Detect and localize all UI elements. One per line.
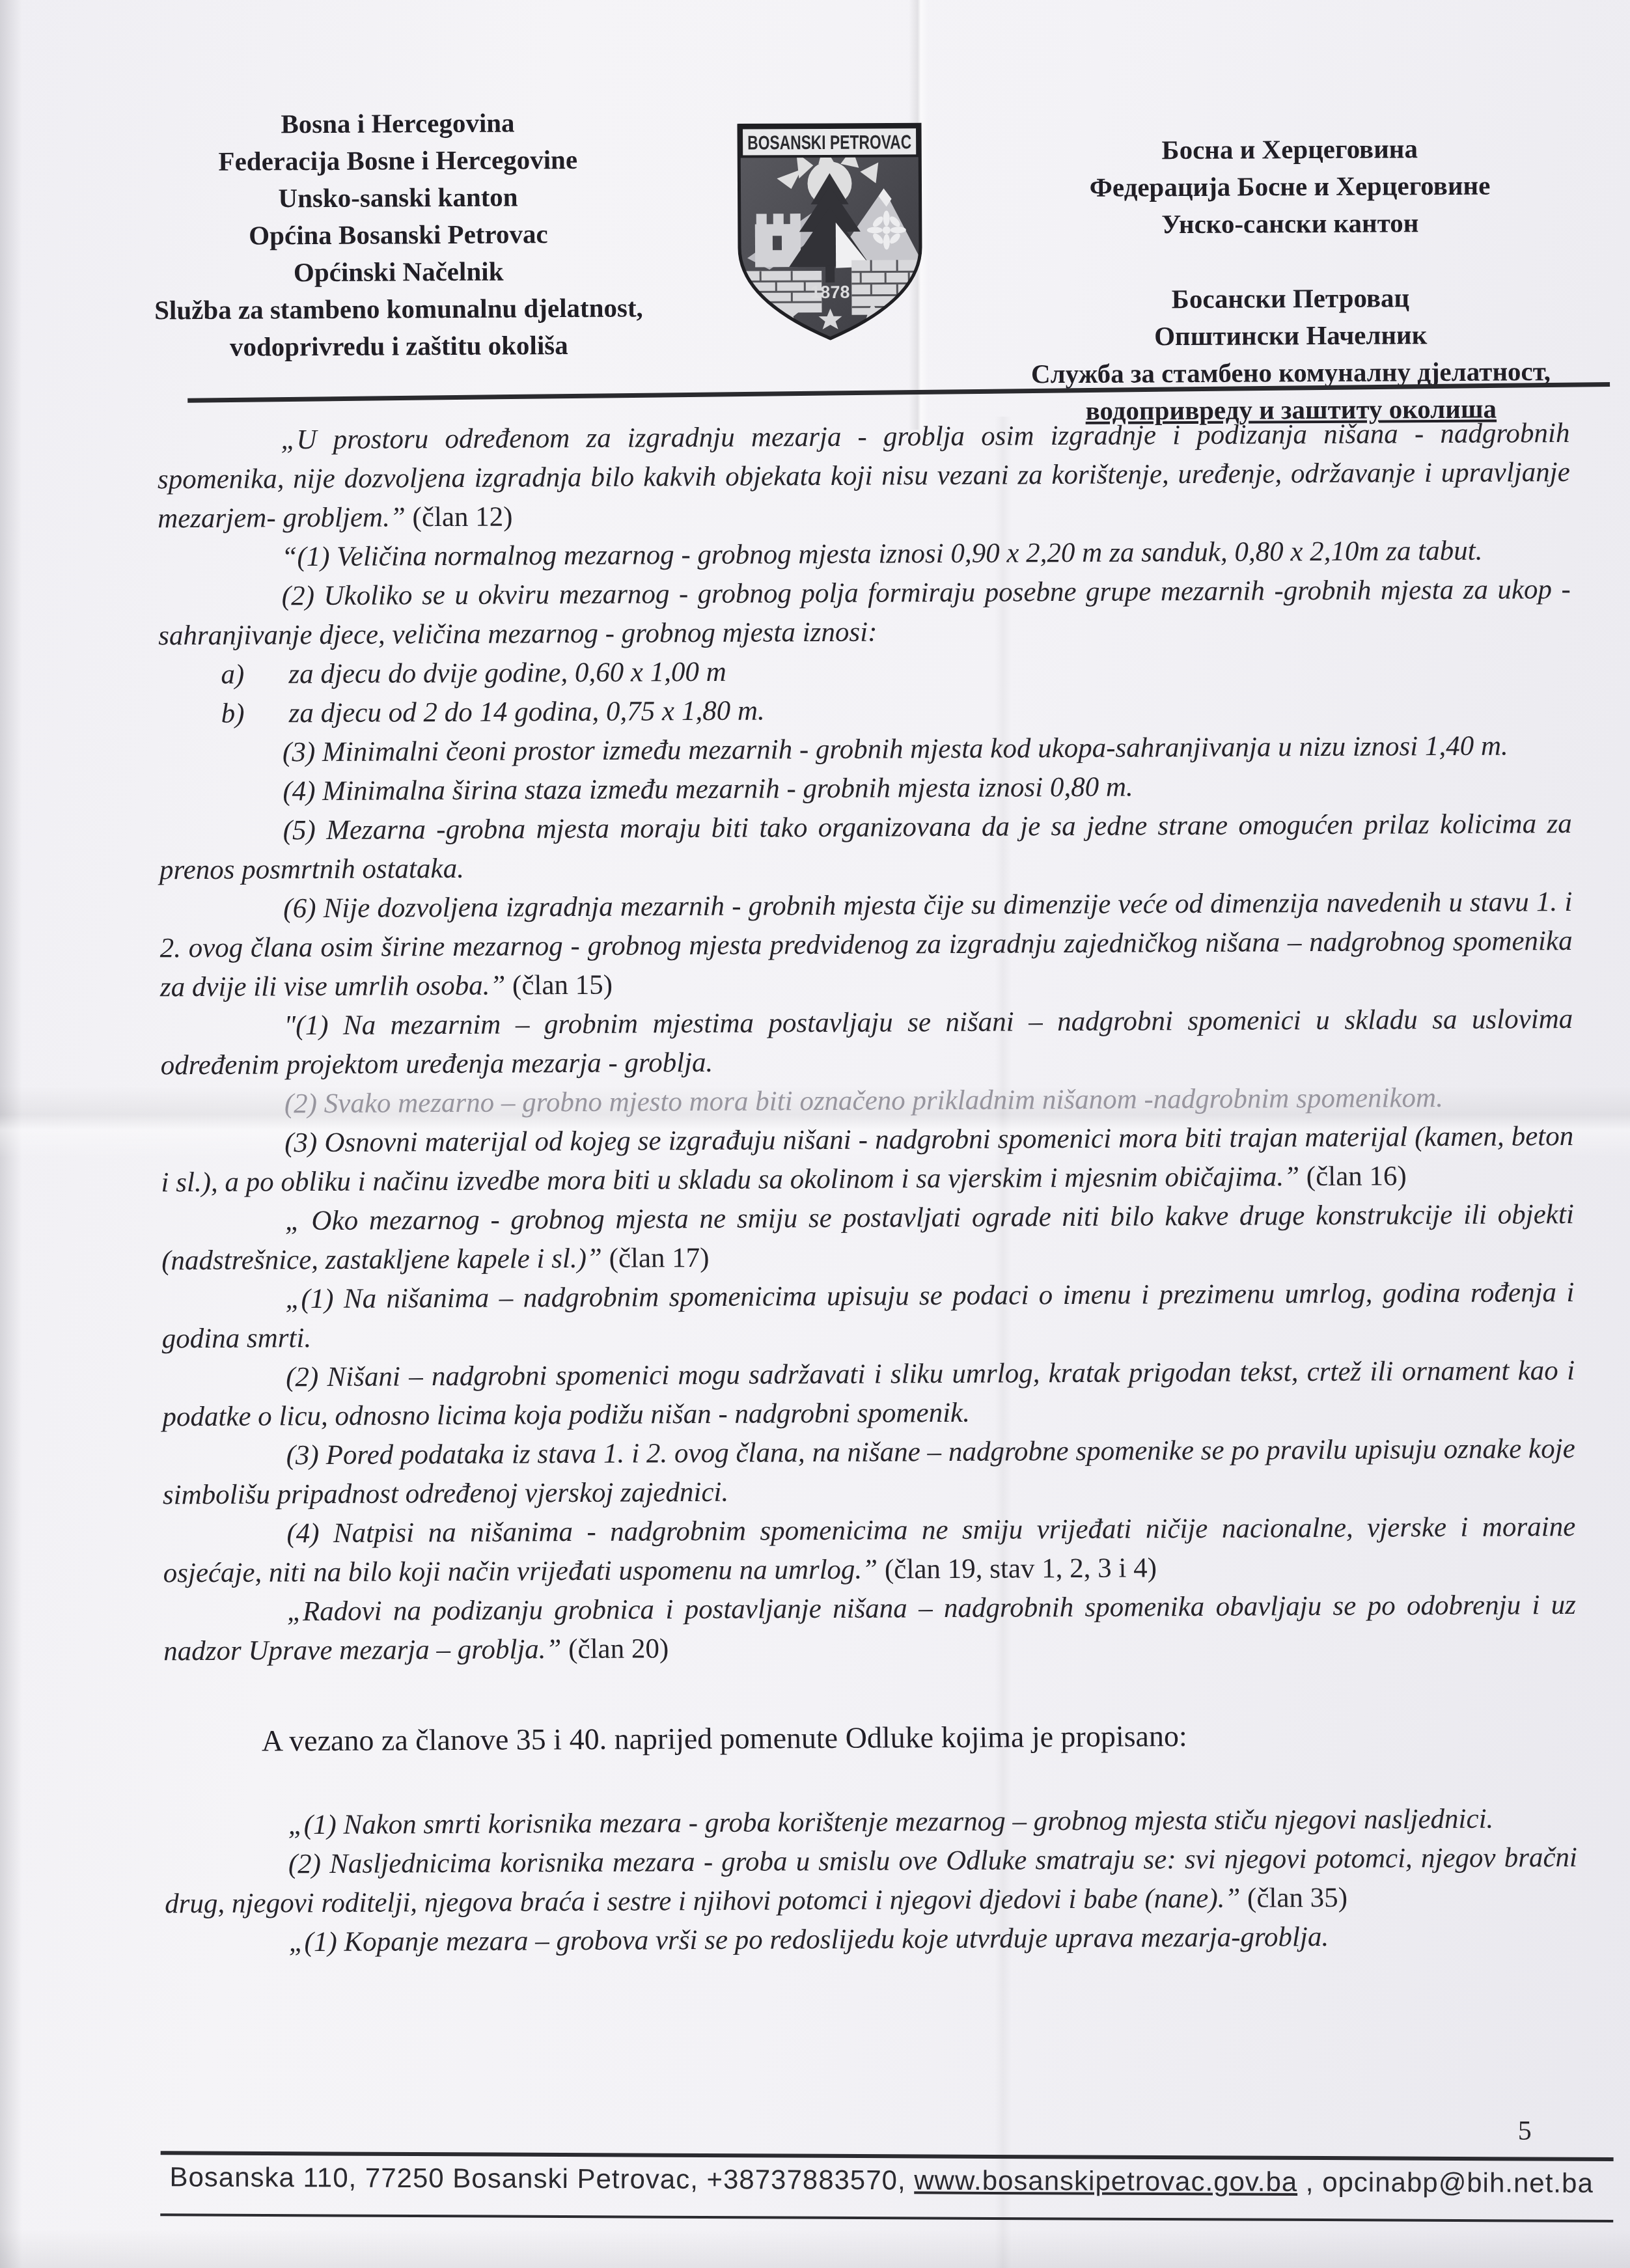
paragraph: (6) Nije dozvoljena izgradnja mezarnih -…: [159, 883, 1573, 1007]
list-marker: a): [221, 655, 288, 695]
org-line: Општински Начелник: [965, 316, 1616, 356]
footer: 5 Bosanska 110, 77250 Bosanski Petrovac,…: [161, 2109, 1619, 2116]
list-item-text: za djecu do dvije godine, 0,60 x 1,00 m: [288, 653, 726, 695]
org-line: Федерација Босне и Херцеговине: [964, 167, 1615, 207]
footer-link: www.bosanskipetrovac.gov.ba: [914, 2164, 1297, 2197]
list-item-text: za djecu od 2 do 14 godina, 0,75 x 1,80 …: [289, 691, 765, 733]
org-line: vodoprivredu i zaštitu okoliša: [113, 326, 685, 366]
document-content: Bosna i Hercegovina Federacija Bosne i H…: [0, 0, 1630, 5]
org-line: Federacija Bosne i Hercegovine: [111, 141, 684, 181]
org-line: Općina Bosanski Petrovac: [112, 215, 685, 255]
paragraph: „(1) Na nišanima – nadgrobnim spomenicim…: [161, 1273, 1575, 1359]
brick-wall-left-icon: [739, 271, 822, 313]
paragraph: (3) Minimalni čeoni prostor između mezar…: [159, 726, 1571, 773]
emblem-banner: BOSANSKI PETROVAC: [747, 131, 911, 154]
page-number: 5: [1518, 2115, 1532, 2146]
paragraph: (5) Mezarna -grobna mjesta moraju biti t…: [159, 805, 1573, 890]
intro-line: A vezano za članove 35 i 40. naprijed po…: [164, 1715, 1577, 1761]
paragraph: „Radovi na podizanju grobnica i postavlj…: [163, 1586, 1577, 1671]
paragraph-faded: (2) Svako mezarno – grobno mjesto mora b…: [161, 1078, 1573, 1124]
org-line: Unsko-sanski kanton: [111, 178, 684, 218]
org-line: Унско-сански кантон: [965, 204, 1616, 244]
paragraph: "(1) Na mezarnim – grobnim mjestima post…: [160, 1000, 1573, 1085]
paragraph: “(1) Veličina normalnog mezarnog - grobn…: [158, 531, 1570, 577]
paragraph: (2) Ukoliko se u okviru mezarnog - grobn…: [158, 570, 1571, 656]
footer-address: Bosanska 110, 77250 Bosanski Petrovac, +…: [169, 2161, 1608, 2199]
org-line: Bosna i Hercegovina: [111, 104, 684, 144]
coat-of-arms: 1878 BOSANSKI PETROVAC: [731, 118, 929, 346]
paragraph: (4) Minimalna širina staza između mezarn…: [159, 766, 1571, 812]
paragraph: (2) Nasljednicima korisnika mezara - gro…: [165, 1838, 1578, 1924]
scanned-document-page: Bosna i Hercegovina Federacija Bosne i H…: [0, 0, 1630, 2268]
org-line: Босански Петровац: [965, 279, 1616, 319]
paragraph: „U prostoru određenom za izgradnju mezar…: [157, 414, 1570, 538]
list-item: b) za djecu od 2 do 14 godina, 0,75 x 1,…: [159, 687, 1571, 734]
document-body: „U prostoru određenom za izgradnju mezar…: [157, 414, 1577, 1963]
list-marker: b): [221, 694, 289, 734]
paragraph: (4) Natpisi na nišanima - nadgrobnim spo…: [163, 1508, 1576, 1593]
org-line: Služba za stambeno komunalnu djelatnost,: [112, 289, 685, 329]
scan-edge-shadow-bottom: [0, 2229, 1630, 2268]
header-left: Bosna i Hercegovina Federacija Bosne i H…: [111, 104, 685, 366]
paragraph: (3) Pored podataka iz stava 1. i 2. ovog…: [163, 1430, 1576, 1515]
paragraph: „(1) Nakon smrti korisnika mezara - grob…: [165, 1799, 1577, 1846]
castle-icon: [755, 214, 801, 267]
emblem-year: 1878: [810, 283, 850, 302]
footer-rule-top: [161, 2151, 1614, 2161]
paragraph: „(1) Kopanje mezara – grobova vrši se po…: [165, 1916, 1577, 1963]
list-item: a) za djecu do dvije godine, 0,60 x 1,00…: [158, 648, 1571, 695]
paragraph: (2) Nišani – nadgrobni spomenici mogu sa…: [162, 1351, 1575, 1437]
paragraph: (3) Osnovni materijal od kojeg se izgrađ…: [161, 1117, 1574, 1202]
paragraph: „ Oko mezarnog - grobnog mjesta ne smiju…: [161, 1195, 1575, 1280]
footer-rule-bottom: [160, 2213, 1613, 2222]
org-line: Općinski Načelnik: [112, 252, 685, 292]
org-line: Босна и Херцеговина: [964, 130, 1615, 170]
